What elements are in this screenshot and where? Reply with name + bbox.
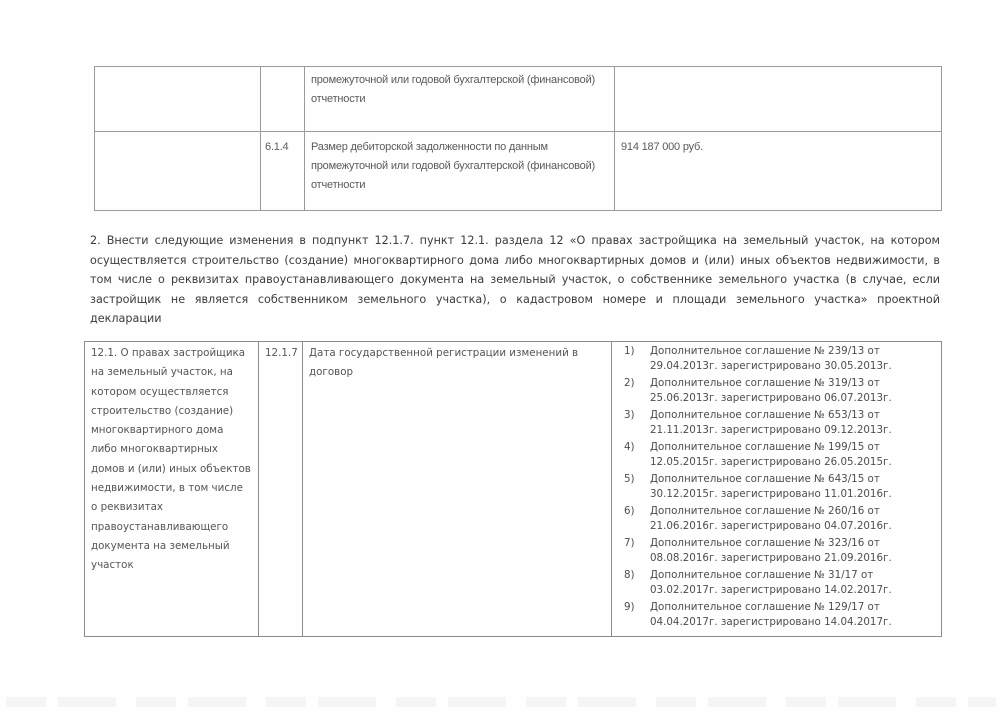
list-item-number: 4) xyxy=(624,440,650,470)
list-item-number: 9) xyxy=(624,600,650,630)
list-item-number: 6) xyxy=(624,504,650,534)
scan-bleed-through xyxy=(6,697,996,707)
list-item: 6)Дополнительное соглашение № 260/16 от … xyxy=(624,504,935,534)
list-item-number: 7) xyxy=(624,536,650,566)
list-item: 7)Дополнительное соглашение № 323/16 от … xyxy=(624,536,935,566)
list-item-text: Дополнительное соглашение № 31/17 от 03.… xyxy=(650,568,935,598)
list-item: 8)Дополнительное соглашение № 31/17 от 0… xyxy=(624,568,935,598)
amendment-instruction-paragraph: 2. Внести следующие изменения в подпункт… xyxy=(90,231,940,329)
item-value-cell xyxy=(615,67,942,132)
section-cell xyxy=(95,132,261,211)
item-label-cell: Размер дебиторской задолженности по данн… xyxy=(305,132,615,211)
list-item-text: Дополнительное соглашение № 323/16 от 08… xyxy=(650,536,935,566)
list-item: 9)Дополнительное соглашение № 129/17 от … xyxy=(624,600,935,630)
list-item: 4)Дополнительное соглашение № 199/15 от … xyxy=(624,440,935,470)
list-item: 3)Дополнительное соглашение № 653/13 от … xyxy=(624,408,935,438)
list-item-text: Дополнительное соглашение № 653/13 от 21… xyxy=(650,408,935,438)
financial-report-table: промежуточной или годовой бухгалтерской … xyxy=(94,66,942,211)
list-item-number: 8) xyxy=(624,568,650,598)
section-title-cell: 12.1. О правах застройщика на земельный … xyxy=(85,342,259,637)
section-cell xyxy=(95,67,261,132)
amendments-list: 1)Дополнительное соглашение № 239/13 от … xyxy=(618,344,935,630)
table-row: промежуточной или годовой бухгалтерской … xyxy=(95,67,942,132)
item-number-cell: 12.1.7 xyxy=(259,342,303,637)
list-item-number: 2) xyxy=(624,376,650,406)
item-value-cell: 914 187 000 руб. xyxy=(615,132,942,211)
amendments-cell: 1)Дополнительное соглашение № 239/13 от … xyxy=(612,342,942,637)
list-item-text: Дополнительное соглашение № 239/13 от 29… xyxy=(650,344,935,374)
item-label-cell: промежуточной или годовой бухгалтерской … xyxy=(305,67,615,132)
list-item: 1)Дополнительное соглашение № 239/13 от … xyxy=(624,344,935,374)
item-number-cell: 6.1.4 xyxy=(261,132,305,211)
list-item-number: 3) xyxy=(624,408,650,438)
list-item-text: Дополнительное соглашение № 260/16 от 21… xyxy=(650,504,935,534)
list-item-text: Дополнительное соглашение № 643/15 от 30… xyxy=(650,472,935,502)
item-number-cell xyxy=(261,67,305,132)
table-row: 6.1.4 Размер дебиторской задолженности п… xyxy=(95,132,942,211)
table-row: 12.1. О правах застройщика на земельный … xyxy=(85,342,942,637)
list-item-text: Дополнительное соглашение № 199/15 от 12… xyxy=(650,440,935,470)
list-item: 2)Дополнительное соглашение № 319/13 от … xyxy=(624,376,935,406)
list-item-text: Дополнительное соглашение № 129/17 от 04… xyxy=(650,600,935,630)
document-page: промежуточной или годовой бухгалтерской … xyxy=(0,0,1000,712)
list-item-number: 1) xyxy=(624,344,650,374)
list-item-text: Дополнительное соглашение № 319/13 от 25… xyxy=(650,376,935,406)
land-rights-table: 12.1. О правах застройщика на земельный … xyxy=(84,341,942,637)
list-item: 5)Дополнительное соглашение № 643/15 от … xyxy=(624,472,935,502)
list-item-number: 5) xyxy=(624,472,650,502)
item-label-cell: Дата государственной регистрации изменен… xyxy=(303,342,612,637)
